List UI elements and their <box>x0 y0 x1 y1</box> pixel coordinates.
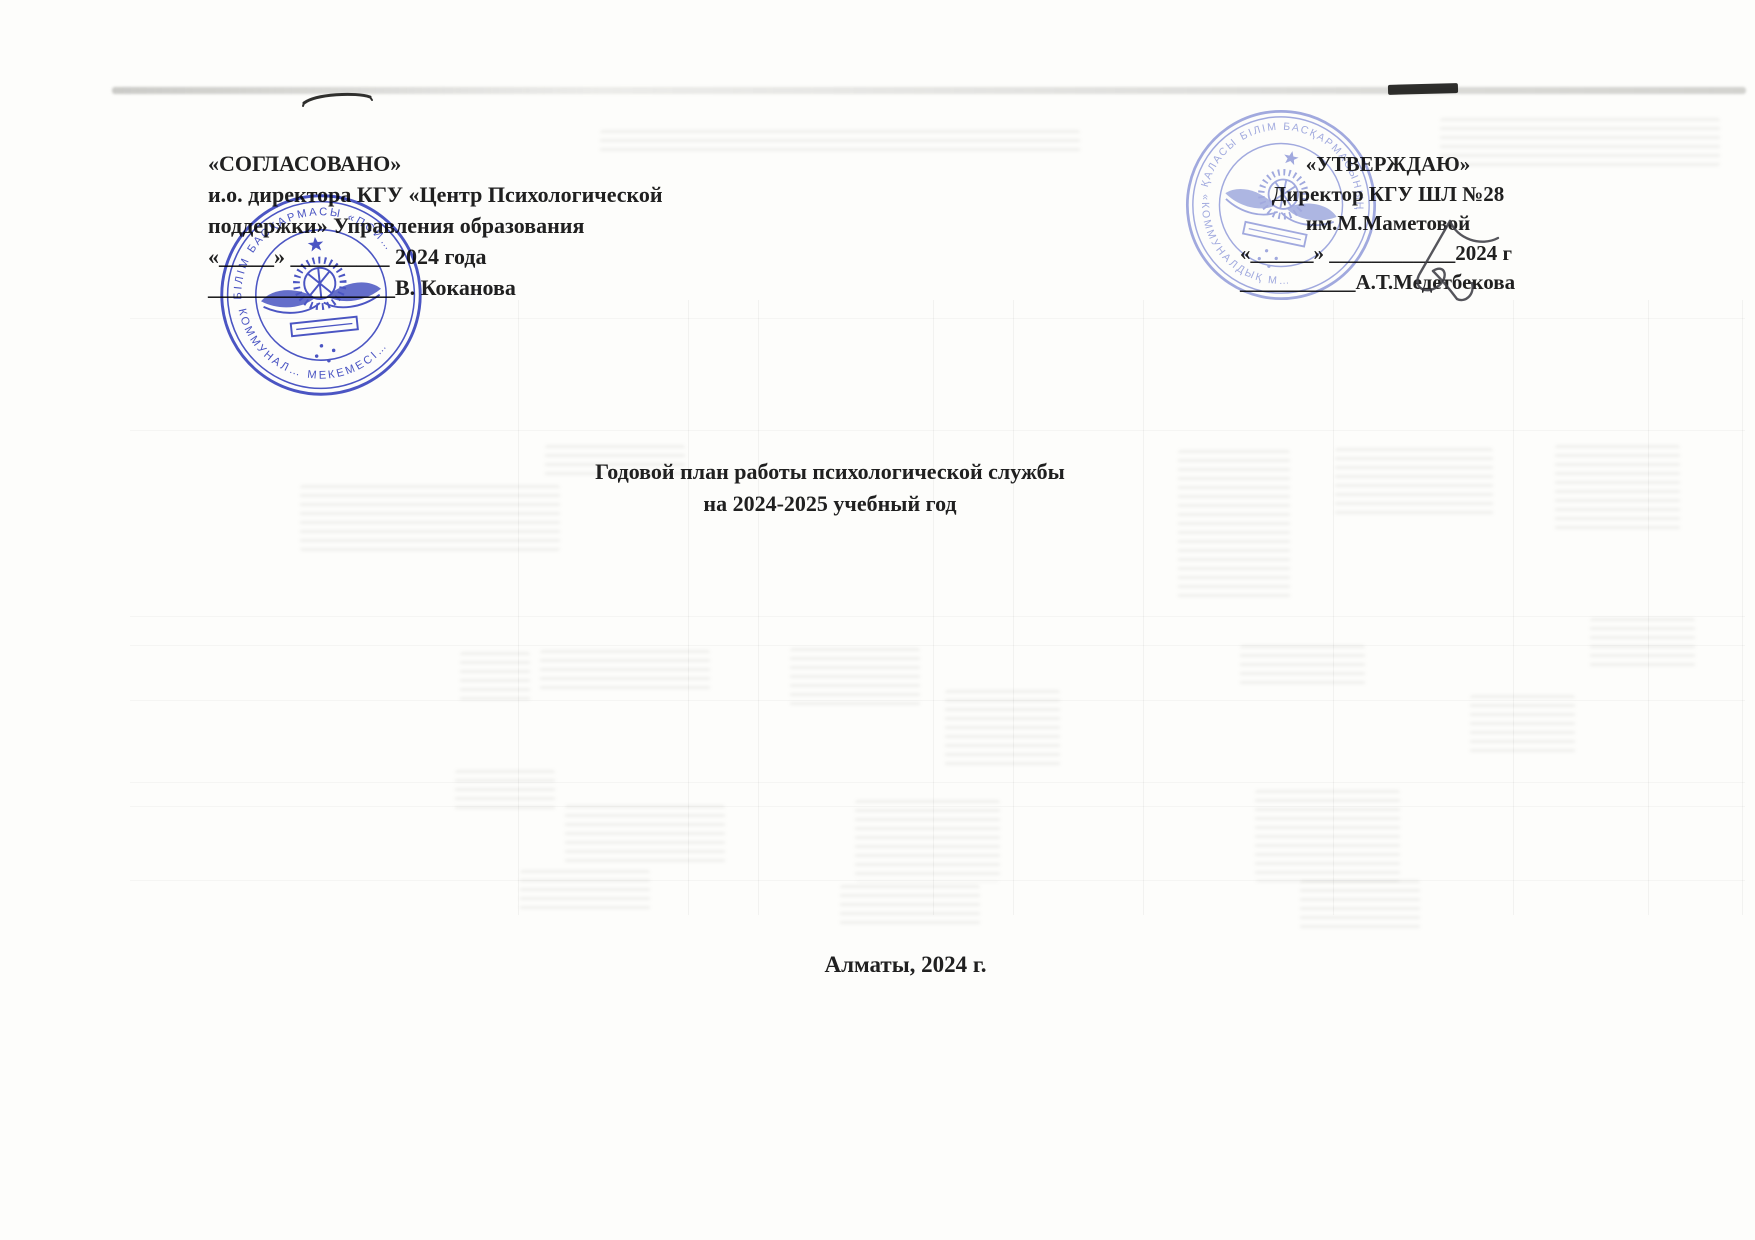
document-title: Годовой план работы психологической служ… <box>400 456 1260 520</box>
ghost-table-vline <box>1742 300 1743 915</box>
approved-label: «СОГЛАСОВАНО» <box>208 148 663 179</box>
ghost-text-blob <box>600 130 1080 156</box>
ghost-text-blob <box>1470 695 1575 755</box>
ghost-table-hline <box>130 806 1745 807</box>
paper-clip-mark <box>300 88 378 110</box>
ghost-table-vline <box>518 300 519 915</box>
ghost-text-blob <box>855 800 1000 882</box>
ghost-text-blob <box>790 648 920 706</box>
stamp-emblem <box>255 231 388 369</box>
ghost-table-vline <box>688 300 689 915</box>
ghost-text-blob <box>520 870 650 910</box>
ghost-table-hline <box>130 782 1745 783</box>
title-line1: Годовой план работы психологической служ… <box>400 456 1260 488</box>
ghost-text-blob <box>1555 445 1680 531</box>
title-line2: на 2024-2025 учебный год <box>400 488 1260 520</box>
footer-city-year: Алматы, 2024 г. <box>28 952 1755 978</box>
ghost-table-vline <box>1013 300 1014 915</box>
scanned-document-page: «СОГЛАСОВАНО» и.о. директора КГУ «Центр … <box>0 0 1755 1240</box>
ghost-table-hline <box>130 616 1745 617</box>
ghost-table-vline <box>1333 300 1334 915</box>
ghost-text-blob <box>840 885 980 925</box>
ghost-text-blob <box>540 650 710 692</box>
ghost-table-hline <box>130 430 1745 431</box>
handwritten-signature <box>1395 213 1525 308</box>
ghost-table-vline <box>1143 300 1144 915</box>
scan-dark-mark <box>1388 83 1458 95</box>
ghost-text-blob <box>1590 618 1695 668</box>
ghost-text-blob <box>460 652 530 704</box>
ghost-text-blob <box>565 805 725 867</box>
ghost-table-hline <box>130 880 1745 881</box>
ghost-table-hline <box>130 645 1745 646</box>
round-stamp-left: БІЛІМ БАСҚАРМАСЫ «ПСИ… КОММУНАЛ… МЕКЕМЕС… <box>203 175 439 414</box>
ghost-text-blob <box>455 770 555 810</box>
ghost-text-blob <box>945 690 1060 766</box>
ghost-table-hline <box>130 700 1745 701</box>
ghost-text-blob <box>1255 790 1400 882</box>
ghost-table-vline <box>1648 300 1649 915</box>
ghost-table-vline <box>933 300 934 915</box>
ghost-text-blob <box>1335 448 1493 518</box>
ghost-text-blob <box>1240 645 1365 689</box>
ghost-table-vline <box>758 300 759 915</box>
ghost-table-vline <box>1513 300 1514 915</box>
ghost-text-blob <box>1300 880 1420 930</box>
